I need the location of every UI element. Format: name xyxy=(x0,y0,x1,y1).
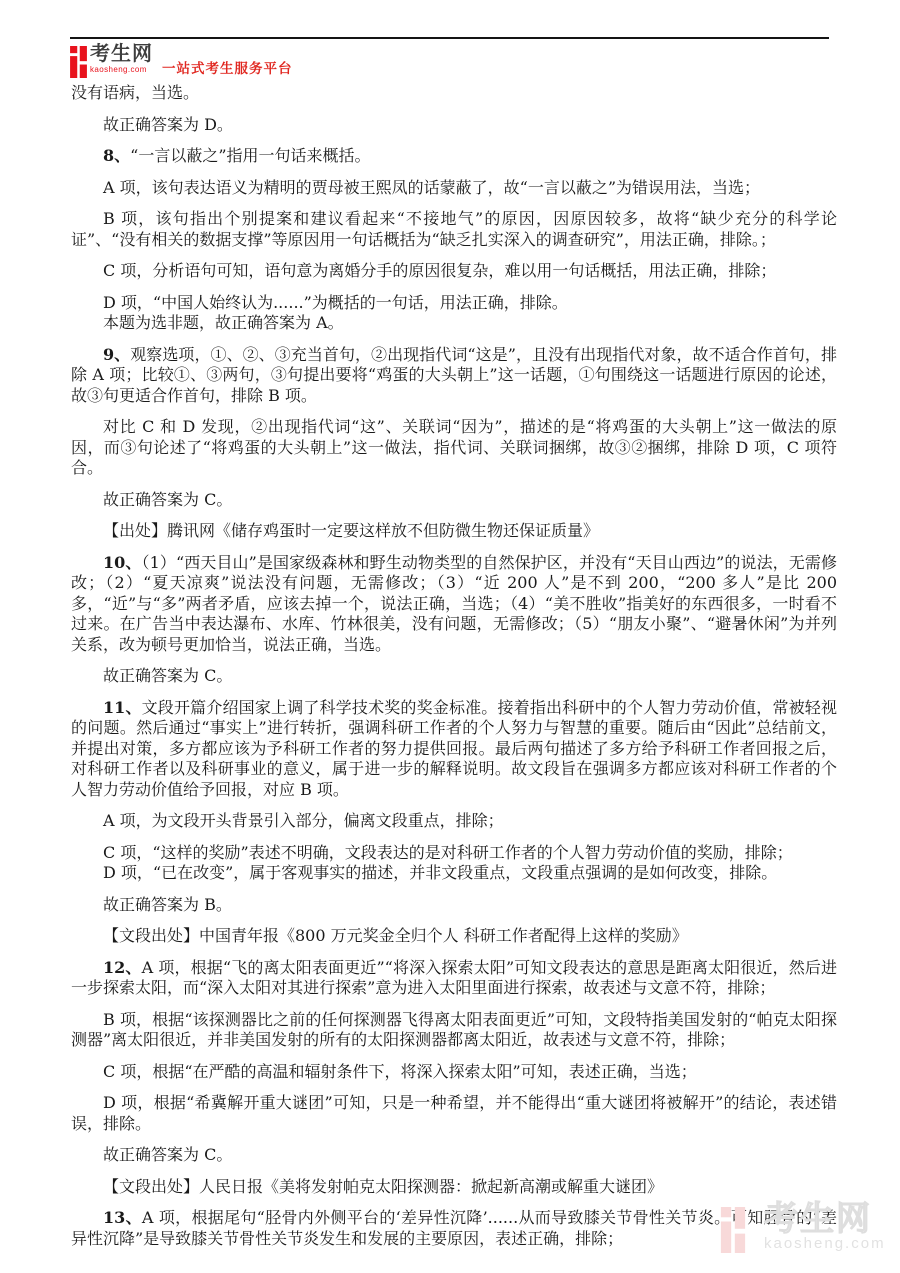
answer-paragraph: A 项，为文段开头背景引入部分，偏离文段重点，排除； xyxy=(71,811,837,832)
answer-paragraph: 10、（1）“西天目山”是国家级森林和野生动物类型的自然保护区，并没有“天目山西… xyxy=(71,553,837,656)
answer-paragraph: 没有语病，当选。 xyxy=(71,83,837,104)
paragraph-text: 故正确答案为 C。 xyxy=(103,1145,232,1164)
question-number: 8、 xyxy=(103,146,130,165)
paragraph-text: 对比 C 和 D 发现，②出现指代词“这”、关联词“因为”，描述的是“将鸡蛋的大… xyxy=(71,417,837,477)
paragraph-text: C 项，分析语句可知，语句意为离婚分手的原因很复杂，难以用一句话概括，用法正确，… xyxy=(103,261,776,280)
answer-paragraph: B 项，该句指出个别提案和建议看起来“不接地气”的原因，因原因较多，故将“缺少充… xyxy=(71,209,837,250)
paragraph-text: 故正确答案为 C。 xyxy=(103,490,232,509)
paragraph-text: C 项，“这样的奖励”表述不明确，文段表达的是对科研工作者的个人智力劳动价值的奖… xyxy=(103,843,793,862)
question-number: 12、 xyxy=(103,958,142,977)
answer-paragraph: 对比 C 和 D 发现，②出现指代词“这”、关联词“因为”，描述的是“将鸡蛋的大… xyxy=(71,417,837,479)
paragraph-text: 【文段出处】中国青年报《800 万元奖金全归个人 科研工作者配得上这样的奖励》 xyxy=(103,926,688,945)
header-rule xyxy=(70,37,829,39)
paragraph-text: B 项，根据“该探测器比之前的任何探测器飞得离太阳表面更近”可知，文段特指美国发… xyxy=(71,1010,837,1050)
answer-paragraph: 故正确答案为 B。 xyxy=(71,895,837,916)
paragraph-text: 【文段出处】人民日报《美将发射帕克太阳探测器：掀起新高潮或解重大谜团》 xyxy=(103,1177,663,1196)
answer-paragraph: D 项，“中国人始终认为......”为概括的一句话，用法正确，排除。 xyxy=(71,293,837,314)
paragraph-text: 故正确答案为 D。 xyxy=(103,115,233,134)
answer-paragraph: C 项，“这样的奖励”表述不明确，文段表达的是对科研工作者的个人智力劳动价值的奖… xyxy=(71,843,837,864)
question-number: 10、 xyxy=(103,553,141,572)
question-number: 9、 xyxy=(103,345,130,364)
paragraph-text: A 项，为文段开头背景引入部分，偏离文段重点，排除； xyxy=(103,811,504,830)
answer-paragraph: B 项，根据“该探测器比之前的任何探测器飞得离太阳表面更近”可知，文段特指美国发… xyxy=(71,1010,837,1051)
answer-paragraph: A 项，该句表达语义为精明的贾母被王熙凤的话蒙蔽了，故“一言以蔽之”为错误用法，… xyxy=(71,178,837,199)
source-line: 【文段出处】中国青年报《800 万元奖金全归个人 科研工作者配得上这样的奖励》 xyxy=(71,926,837,947)
answer-paragraph: 故正确答案为 C。 xyxy=(71,490,837,511)
question-number: 13、 xyxy=(103,1208,142,1227)
brand-name: 考生网 xyxy=(90,44,153,64)
answer-paragraph: 本题为选非题，故正确答案为 A。 xyxy=(71,313,837,334)
paragraph-text: 观察选项，①、②、③充当首句，②出现指代词“这是”，且没有出现指代对象，故不适合… xyxy=(71,345,837,405)
paragraph-text: “一言以蔽之”指用一句话来概括。 xyxy=(130,146,370,165)
answer-paragraph: 故正确答案为 C。 xyxy=(71,1145,837,1166)
source-line: 【文段出处】人民日报《美将发射帕克太阳探测器：掀起新高潮或解重大谜团》 xyxy=(71,1177,837,1198)
paragraph-text: 没有语病，当选。 xyxy=(71,83,199,102)
kaosheng-logo: 考生网 kaosheng.com 一站式考生服务平台 xyxy=(70,44,293,78)
answer-paragraph: 故正确答案为 C。 xyxy=(71,666,837,687)
answer-paragraph: 11、文段开篇介绍国家上调了科学技术奖的奖金标准。接着指出科研中的个人智力劳动价… xyxy=(71,698,837,801)
question-number: 11、 xyxy=(103,698,142,717)
paragraph-text: 故正确答案为 B。 xyxy=(103,895,232,914)
paragraph-text: 文段开篇介绍国家上调了科学技术奖的奖金标准。接着指出科研中的个人智力劳动价值，常… xyxy=(71,698,837,799)
answer-paragraph: 12、A 项，根据“飞的离太阳表面更近”“将深入探索太阳”可知文段表达的意思是距… xyxy=(71,958,837,999)
brand-domain: kaosheng.com xyxy=(90,65,153,74)
paragraph-text: D 项，“已在改变”，属于客观事实的描述，并非文段重点，文段重点强调的是如何改变… xyxy=(103,863,777,882)
paragraph-text: A 项，该句表达语义为精明的贾母被王熙凤的话蒙蔽了，故“一言以蔽之”为错误用法，… xyxy=(103,178,760,197)
paragraph-text: 【出处】腾讯网《储存鸡蛋时一定要这样放不但防微生物还保证质量》 xyxy=(103,521,599,540)
paragraph-text: B 项，该句指出个别提案和建议看起来“不接地气”的原因，因原因较多，故将“缺少充… xyxy=(71,209,837,249)
source-line: 【出处】腾讯网《储存鸡蛋时一定要这样放不但防微生物还保证质量》 xyxy=(71,521,837,542)
paragraph-text: 故正确答案为 C。 xyxy=(103,666,232,685)
paragraph-text: D 项，“中国人始终认为......”为概括的一句话，用法正确，排除。 xyxy=(103,293,568,312)
answer-paragraph: D 项，根据“希冀解开重大谜团”可知，只是一种希望，并不能得出“重大谜团将被解开… xyxy=(71,1093,837,1134)
answer-paragraph: C 项，根据“在严酷的高温和辐射条件下，将深入探索太阳”可知，表述正确，当选； xyxy=(71,1062,837,1083)
kaosheng-logo-icon xyxy=(70,46,87,78)
answer-paragraph: 8、“一言以蔽之”指用一句话来概括。 xyxy=(71,146,837,167)
answer-paragraph: C 项，分析语句可知，语句意为离婚分手的原因很复杂，难以用一句话概括，用法正确，… xyxy=(71,261,837,282)
answer-paragraph: 9、观察选项，①、②、③充当首句，②出现指代词“这是”，且没有出现指代对象，故不… xyxy=(71,345,837,407)
answer-explanations: 没有语病，当选。 故正确答案为 D。 8、“一言以蔽之”指用一句话来概括。 A … xyxy=(71,83,837,1249)
paragraph-text: A 项，根据“飞的离太阳表面更近”“将深入探索太阳”可知文段表达的意思是距离太阳… xyxy=(71,958,837,998)
paragraph-text: （1）“西天目山”是国家级森林和野生动物类型的自然保护区，并没有“天目山西边”的… xyxy=(71,553,837,654)
paragraph-text: 本题为选非题，故正确答案为 A。 xyxy=(103,313,344,332)
paragraph-text: C 项，根据“在严酷的高温和辐射条件下，将深入探索太阳”可知，表述正确，当选； xyxy=(103,1062,697,1081)
answer-paragraph: D 项，“已在改变”，属于客观事实的描述，并非文段重点，文段重点强调的是如何改变… xyxy=(71,863,837,884)
paragraph-text: A 项，根据尾句“胫骨内外侧平台的‘差异性沉降’......从而导致膝关节骨性关… xyxy=(71,1208,837,1248)
paragraph-text: D 项，根据“希冀解开重大谜团”可知，只是一种希望，并不能得出“重大谜团将被解开… xyxy=(71,1093,837,1133)
answer-paragraph: 故正确答案为 D。 xyxy=(71,115,837,136)
brand-tagline: 一站式考生服务平台 xyxy=(162,57,293,77)
answer-paragraph: 13、A 项，根据尾句“胫骨内外侧平台的‘差异性沉降’......从而导致膝关节… xyxy=(71,1208,837,1249)
